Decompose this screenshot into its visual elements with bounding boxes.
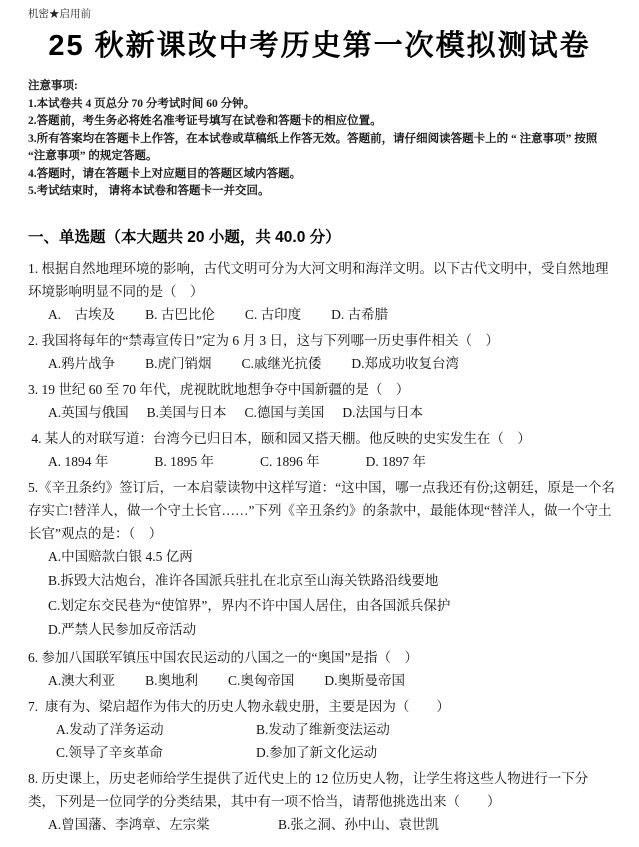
question-6-option-b: B.奥地利 <box>145 669 198 692</box>
question-6-option-a: A.澳大利亚 <box>48 669 115 692</box>
notice-item-5: 5.考试结束时， 请将本试卷和答题卡一并交回。 <box>28 183 613 201</box>
question-4-option-a: A. 1894 年 <box>48 450 108 473</box>
question-6-option-c: C.奥匈帝国 <box>228 669 294 692</box>
question-2-option-d: D.郑成功收复台湾 <box>351 352 459 375</box>
question-4-option-c: C. 1896 年 <box>260 450 320 473</box>
question-1: 1. 根据自然地理环境的影响，古代文明可分为大河文明和海洋文明。以下古代文明中，… <box>28 257 615 326</box>
question-7-stem: 7. 康有为、梁启超作为伟大的历史人物永载史册，主要是因为（ ） <box>28 695 615 718</box>
question-1-option-c: C. 古印度 <box>245 303 301 326</box>
question-5-option-c: C.划定东交民巷为“使馆界”，界内不许中国人居住，由各国派兵保护 <box>48 594 615 619</box>
notice-section: 注意事项: 1.本试卷共 4 页总分 70 分考试时间 60 分钟。 2.答题前… <box>28 78 613 201</box>
question-2-option-c: C.戚继光抗倭 <box>242 352 322 375</box>
notice-item-1: 1.本试卷共 4 页总分 70 分考试时间 60 分钟。 <box>28 96 613 114</box>
question-4-option-b: B. 1895 年 <box>154 450 214 473</box>
question-7-option-d: D.参加了新文化运动 <box>256 741 615 764</box>
question-5-options: A.中国赔款白银 4.5 亿两 B.拆毁大沽炮台，准许各国派兵驻扎在北京至山海关… <box>28 545 615 643</box>
notice-item-3: 3.所有答案均在答题卡上作答，在本试卷或草稿纸上作答无效。答题前，请仔细阅读答题… <box>28 131 613 166</box>
question-6-options: A.澳大利亚 B.奥地利 C.奥匈帝国 D.奥斯曼帝国 <box>28 669 615 692</box>
question-2: 2. 我国将每年的“禁毒宣传日”定为 6 月 3 日，这与下列哪一历史事件相关（… <box>28 329 615 375</box>
question-1-options: A. 古埃及 B. 古巴比伦 C. 古印度 D. 古希腊 <box>28 303 615 326</box>
notice-item-2: 2.答题前，考生务必将姓名准考证号填写在试卷和答题卡的相应位置。 <box>28 113 613 131</box>
question-5: 5.《辛丑条约》签订后，一本启蒙读物中这样写道：“这中国，哪一点我还有份;这朝廷… <box>28 476 615 643</box>
question-4-option-d: D. 1897 年 <box>366 450 426 473</box>
question-3-option-a: A.英国与俄国 <box>48 401 129 424</box>
question-4-options: A. 1894 年 B. 1895 年 C. 1896 年 D. 1897 年 <box>28 450 615 473</box>
exam-paper-page: 机密★启用前 25 秋新课改中考历史第一次模拟测试卷 注意事项: 1.本试卷共 … <box>0 0 639 847</box>
questions-list: 1. 根据自然地理环境的影响，古代文明可分为大河文明和海洋文明。以下古代文明中，… <box>28 257 615 836</box>
question-8-options: A.曾国藩、李鸿章、左宗棠 B.张之洞、孙中山、袁世凯 <box>28 813 615 836</box>
question-3-stem: 3. 19 世纪 60 至 70 年代，虎视眈眈地想争夺中国新疆的是（ ） <box>28 378 615 401</box>
question-1-option-d: D. 古希腊 <box>331 303 388 326</box>
question-5-option-a: A.中国赔款白银 4.5 亿两 <box>48 545 615 570</box>
question-3-option-b: B.美国与日本 <box>147 401 227 424</box>
question-7-options: A.发动了洋务运动 B.发动了维新变法运动 C.领导了辛亥革命 D.参加了新文化… <box>28 718 615 764</box>
question-4-stem: 4. 某人的对联写道：台湾今已归日本，颐和园又搭天棚。他反映的史实发生在（ ） <box>28 427 615 450</box>
question-3: 3. 19 世纪 60 至 70 年代，虎视眈眈地想争夺中国新疆的是（ ） A.… <box>28 378 615 424</box>
question-8-stem: 8. 历史课上，历史老师给学生提供了近代史上的 12 位历史人物，让学生将这些人… <box>28 767 615 813</box>
question-1-option-a: A. 古埃及 <box>48 303 115 326</box>
question-8-option-a: A.曾国藩、李鸿章、左宗棠 <box>48 813 278 836</box>
question-8-option-b: B.张之洞、孙中山、袁世凯 <box>278 813 615 836</box>
question-2-option-b: B.虎门销烟 <box>145 352 211 375</box>
question-7-option-a: A.发动了洋务运动 <box>56 718 256 741</box>
question-6: 6. 参加八国联军镇压中国农民运动的八国之一的“奥国”是指（ ） A.澳大利亚 … <box>28 646 615 692</box>
question-3-option-c: C.德国与美国 <box>245 401 325 424</box>
question-3-option-d: D.法国与日本 <box>342 401 423 424</box>
question-5-option-b: B.拆毁大沽炮台，准许各国派兵驻扎在北京至山海关铁路沿线要地 <box>48 569 615 594</box>
classification-label: 机密★启用前 <box>28 8 639 22</box>
section-heading: 一、单选题（本大题共 20 小题，共 40.0 分） <box>28 227 613 249</box>
notice-heading: 注意事项: <box>28 78 613 96</box>
question-1-stem: 1. 根据自然地理环境的影响，古代文明可分为大河文明和海洋文明。以下古代文明中，… <box>28 257 615 303</box>
question-2-stem: 2. 我国将每年的“禁毒宣传日”定为 6 月 3 日，这与下列哪一历史事件相关（… <box>28 329 615 352</box>
question-8: 8. 历史课上，历史老师给学生提供了近代史上的 12 位历史人物，让学生将这些人… <box>28 767 615 836</box>
question-7: 7. 康有为、梁启超作为伟大的历史人物永载史册，主要是因为（ ） A.发动了洋务… <box>28 695 615 764</box>
question-2-option-a: A.鸦片战争 <box>48 352 115 375</box>
question-5-option-d: D.严禁人民参加反帝活动 <box>48 618 615 643</box>
question-4: 4. 某人的对联写道：台湾今已归日本，颐和园又搭天棚。他反映的史实发生在（ ） … <box>28 427 615 473</box>
question-6-option-d: D.奥斯曼帝国 <box>324 669 405 692</box>
question-7-option-b: B.发动了维新变法运动 <box>256 718 615 741</box>
question-2-options: A.鸦片战争 B.虎门销烟 C.戚继光抗倭 D.郑成功收复台湾 <box>28 352 615 375</box>
page-title: 25 秋新课改中考历史第一次模拟测试卷 <box>0 26 639 66</box>
question-5-stem: 5.《辛丑条约》签订后，一本启蒙读物中这样写道：“这中国，哪一点我还有份;这朝廷… <box>28 476 615 545</box>
question-1-option-b: B. 古巴比伦 <box>145 303 215 326</box>
question-3-options: A.英国与俄国 B.美国与日本 C.德国与美国 D.法国与日本 <box>28 401 615 424</box>
question-7-option-c: C.领导了辛亥革命 <box>56 741 256 764</box>
question-6-stem: 6. 参加八国联军镇压中国农民运动的八国之一的“奥国”是指（ ） <box>28 646 615 669</box>
notice-item-4: 4.答题时，请在答题卡上对应题目的答题区域内答题。 <box>28 166 613 184</box>
